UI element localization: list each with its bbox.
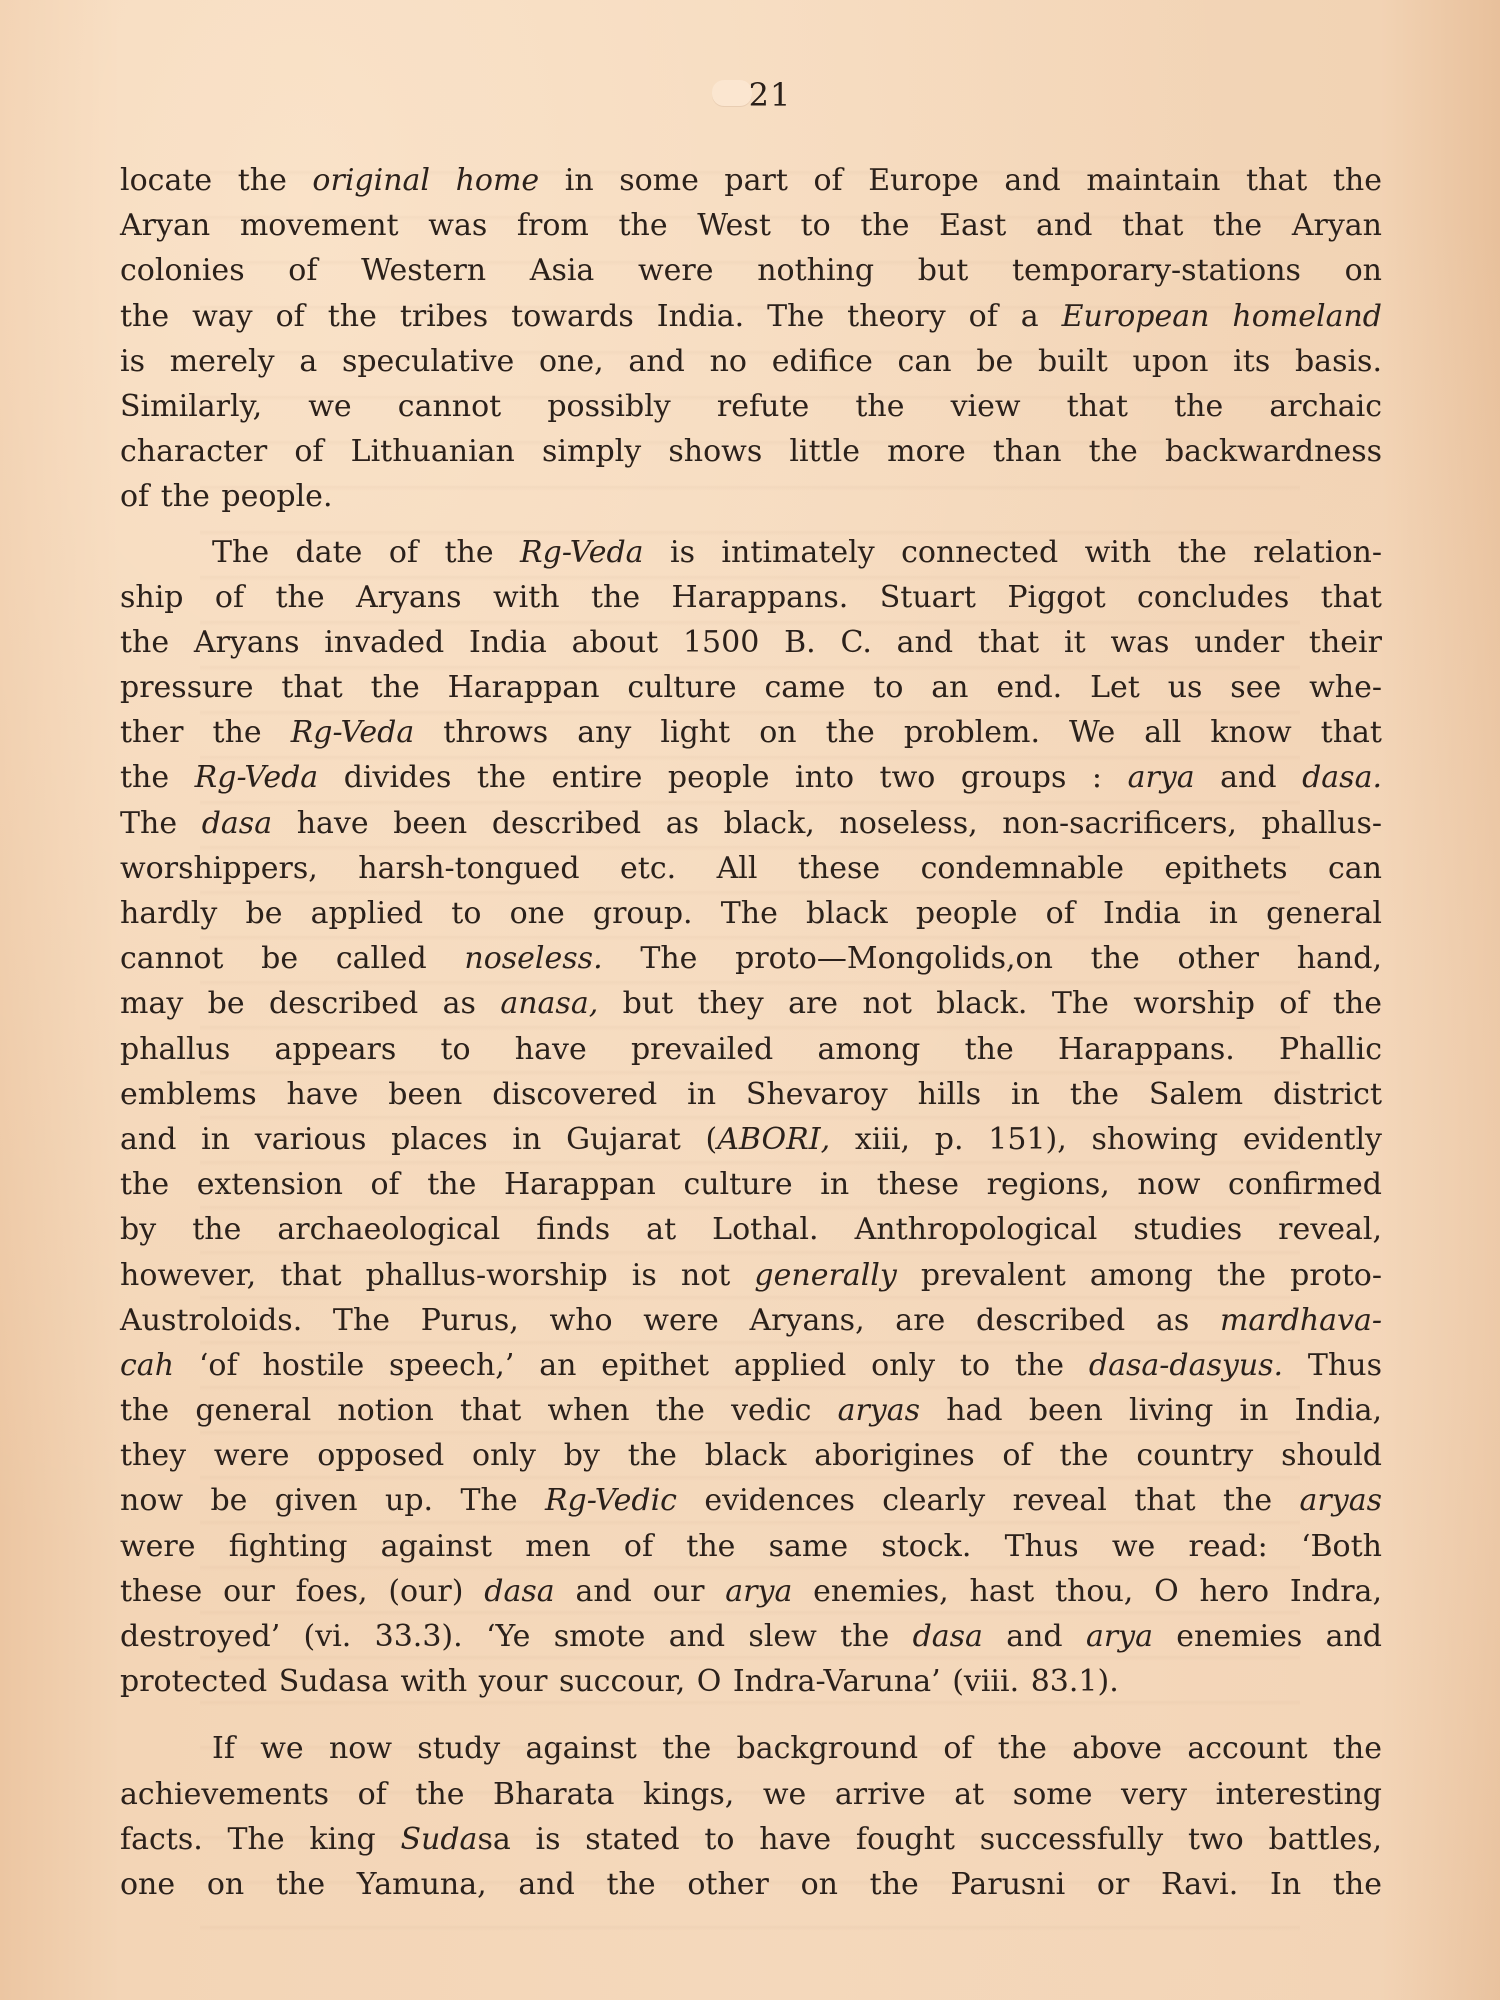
text-line: the Rg-Veda divides the entire people in… (120, 755, 1382, 800)
italic-term: Rg-Veda (195, 760, 319, 795)
body-text: locate the original home in some part of… (120, 158, 1382, 1907)
text-run: cannot be called (120, 941, 464, 976)
text-line: pressure that the Harappan culture came … (120, 665, 1382, 710)
text-line: character of Lithuanian simply shows lit… (120, 429, 1382, 474)
text-run: locate the (120, 163, 312, 198)
text-line: Aryan movement was from the West to the … (120, 203, 1382, 248)
text-line: cah ‘of hostile speech,’ an epithet appl… (120, 1343, 1382, 1388)
text-line: may be described as anasa, but they are … (120, 981, 1382, 1026)
text-run: pressure that the Harappan culture came … (120, 670, 1382, 705)
text-run: Thus (1283, 1348, 1382, 1383)
text-run: is intimately connected with the relatio… (644, 535, 1382, 570)
text-line: worshippers, harsh-tongued etc. All thes… (120, 846, 1382, 891)
text-run: achievements of the Bharata kings, we ar… (120, 1777, 1382, 1812)
text-line: emblems have been discovered in Shevaroy… (120, 1072, 1382, 1117)
text-line: the extension of the Harappan culture in… (120, 1162, 1382, 1207)
text-run: however, that phallus-worship is not (120, 1258, 754, 1293)
paragraph-gap (120, 1704, 1382, 1726)
text-run: Austroloids. The Purus, who were Aryans,… (120, 1303, 1220, 1338)
text-run: If we now study against the background o… (212, 1731, 1382, 1766)
text-run: ‘of hostile speech,’ an epithet applied … (174, 1348, 1089, 1383)
italic-term: aryas (1300, 1483, 1382, 1518)
text-line: cannot be called noseless. The proto—Mon… (120, 936, 1382, 981)
text-run: these our foes, (our) (120, 1574, 484, 1609)
italic-term: dasa (913, 1619, 983, 1654)
text-line: The date of the Rg-Veda is intimately co… (120, 530, 1382, 575)
text-line: were fighting against men of the same st… (120, 1524, 1382, 1569)
text-run: enemies and (1153, 1619, 1382, 1654)
text-run: hardly be applied to one group. The blac… (120, 896, 1382, 931)
text-run: the Aryans invaded India about 1500 B. C… (120, 625, 1382, 660)
text-line: ther the Rg-Veda throws any light on the… (120, 710, 1382, 755)
text-run: but they are not black. The worship of t… (598, 986, 1382, 1021)
text-run: evidences clearly reveal that the (677, 1483, 1300, 1518)
text-run: now be given up. The (120, 1483, 545, 1518)
italic-term: noseless. (464, 941, 602, 976)
text-run: enemies, hast thou, O hero Indra, (792, 1574, 1382, 1609)
paragraph: The date of the Rg-Veda is intimately co… (120, 530, 1382, 1705)
text-run: in some part of Europe and maintain that… (539, 163, 1382, 198)
text-run: may be described as (120, 986, 500, 1021)
text-line: the way of the tribes towards India. The… (120, 294, 1382, 339)
text-line: of the people. (120, 474, 1382, 519)
text-run: they were opposed only by the black abor… (120, 1438, 1382, 1473)
text-run: The date of the (212, 535, 520, 570)
text-run: had been living in India, (920, 1393, 1382, 1428)
text-line: is merely a speculative one, and no edif… (120, 339, 1382, 384)
text-run: and (1195, 760, 1302, 795)
text-run: the way of the tribes towards India. The… (120, 299, 1062, 334)
text-run: character of Lithuanian simply shows lit… (120, 434, 1382, 469)
text-line: protected Sudasa with your succour, O In… (120, 1659, 1382, 1704)
text-run: sa is stated to have fought successfully… (477, 1822, 1382, 1857)
text-line: these our foes, (our) dasa and our arya … (120, 1569, 1382, 1614)
italic-term: dasa (484, 1574, 554, 1609)
text-run: throws any light on the problem. We all … (414, 715, 1382, 750)
italic-term: European homeland (1062, 299, 1382, 334)
text-run: Similarly, we cannot possibly refute the… (120, 389, 1382, 424)
text-run: emblems have been discovered in Shevaroy… (120, 1077, 1382, 1112)
italic-term: arya (1086, 1619, 1153, 1654)
text-line: If we now study against the background o… (120, 1726, 1382, 1771)
text-run: colonies of Western Asia were nothing bu… (120, 253, 1382, 288)
text-line: the Aryans invaded India about 1500 B. C… (120, 620, 1382, 665)
text-line: and in various places in Gujarat (ABORI,… (120, 1117, 1382, 1162)
text-run: protected Sudasa with your succour, O In… (120, 1664, 1119, 1699)
text-run: divides the entire people into two group… (318, 760, 1127, 795)
text-line: hardly be applied to one group. The blac… (120, 891, 1382, 936)
text-run: destroyed’ (vi. 33.3). ‘Ye smote and sle… (120, 1619, 913, 1654)
italic-term: anasa, (500, 986, 598, 1021)
text-run: The (120, 806, 202, 841)
text-run: and our (555, 1574, 726, 1609)
paragraph-gap (120, 520, 1382, 530)
text-line: destroyed’ (vi. 33.3). ‘Ye smote and sle… (120, 1614, 1382, 1659)
text-run: phallus appears to have prevailed among … (120, 1032, 1382, 1067)
text-line: locate the original home in some part of… (120, 158, 1382, 203)
italic-term: dasa-dasyus. (1089, 1348, 1283, 1383)
text-line: Austroloids. The Purus, who were Aryans,… (120, 1298, 1382, 1343)
text-run: facts. The king (120, 1822, 400, 1857)
italic-term: ABORI, (717, 1122, 830, 1157)
page-number: 21 (740, 76, 800, 114)
italic-term: Rg-Veda (520, 535, 644, 570)
text-line: Similarly, we cannot possibly refute the… (120, 384, 1382, 429)
paragraph: If we now study against the background o… (120, 1726, 1382, 1907)
italic-term: Suda (400, 1822, 477, 1857)
italic-term: dasa (202, 806, 272, 841)
text-line: colonies of Western Asia were nothing bu… (120, 248, 1382, 293)
italic-term: Rg-Veda (291, 715, 415, 750)
italic-term: mardhava- (1220, 1303, 1382, 1338)
italic-term: Rg-Vedic (545, 1483, 677, 1518)
text-line: ship of the Aryans with the Harappans. S… (120, 575, 1382, 620)
text-run: of the people. (120, 479, 332, 514)
text-run: xiii, p. 151), showing evidently (830, 1122, 1382, 1157)
text-line: The dasa have been described as black, n… (120, 801, 1382, 846)
text-run: have been described as black, noseless, … (272, 806, 1382, 841)
text-run: the general notion that when the vedic (120, 1393, 838, 1428)
text-run: and (983, 1619, 1086, 1654)
italic-term: original home (312, 163, 539, 198)
italic-term: cah (120, 1348, 174, 1383)
paragraph: locate the original home in some part of… (120, 158, 1382, 520)
italic-term: generally (754, 1258, 896, 1293)
text-line: the general notion that when the vedic a… (120, 1388, 1382, 1433)
text-line: however, that phallus-worship is not gen… (120, 1253, 1382, 1298)
italic-term: arya (1128, 760, 1195, 795)
text-run: one on the Yamuna, and the other on the … (120, 1867, 1382, 1902)
text-run: ther the (120, 715, 291, 750)
text-line: they were opposed only by the black abor… (120, 1433, 1382, 1478)
italic-term: aryas (838, 1393, 920, 1428)
text-line: phallus appears to have prevailed among … (120, 1027, 1382, 1072)
text-run: prevalent among the proto- (897, 1258, 1382, 1293)
text-run: ship of the Aryans with the Harappans. S… (120, 580, 1382, 615)
italic-term: arya (725, 1574, 792, 1609)
text-run: and in various places in Gujarat ( (120, 1122, 717, 1157)
text-line: by the archaeological finds at Lothal. A… (120, 1207, 1382, 1252)
text-run: the extension of the Harappan culture in… (120, 1167, 1382, 1202)
text-run: were fighting against men of the same st… (120, 1529, 1382, 1564)
text-line: now be given up. The Rg-Vedic evidences … (120, 1478, 1382, 1523)
italic-term: dasa. (1302, 760, 1382, 795)
text-run: the (120, 760, 195, 795)
text-run: Aryan movement was from the West to the … (120, 208, 1382, 243)
text-run: The proto—Mongolids,on the other hand, (603, 941, 1382, 976)
text-run: is merely a speculative one, and no edif… (120, 344, 1382, 379)
text-line: facts. The king Sudasa is stated to have… (120, 1817, 1382, 1862)
text-line: achievements of the Bharata kings, we ar… (120, 1772, 1382, 1817)
text-run: by the archaeological finds at Lothal. A… (120, 1212, 1382, 1247)
text-line: one on the Yamuna, and the other on the … (120, 1862, 1382, 1907)
text-run: worshippers, harsh-tongued etc. All thes… (120, 851, 1382, 886)
